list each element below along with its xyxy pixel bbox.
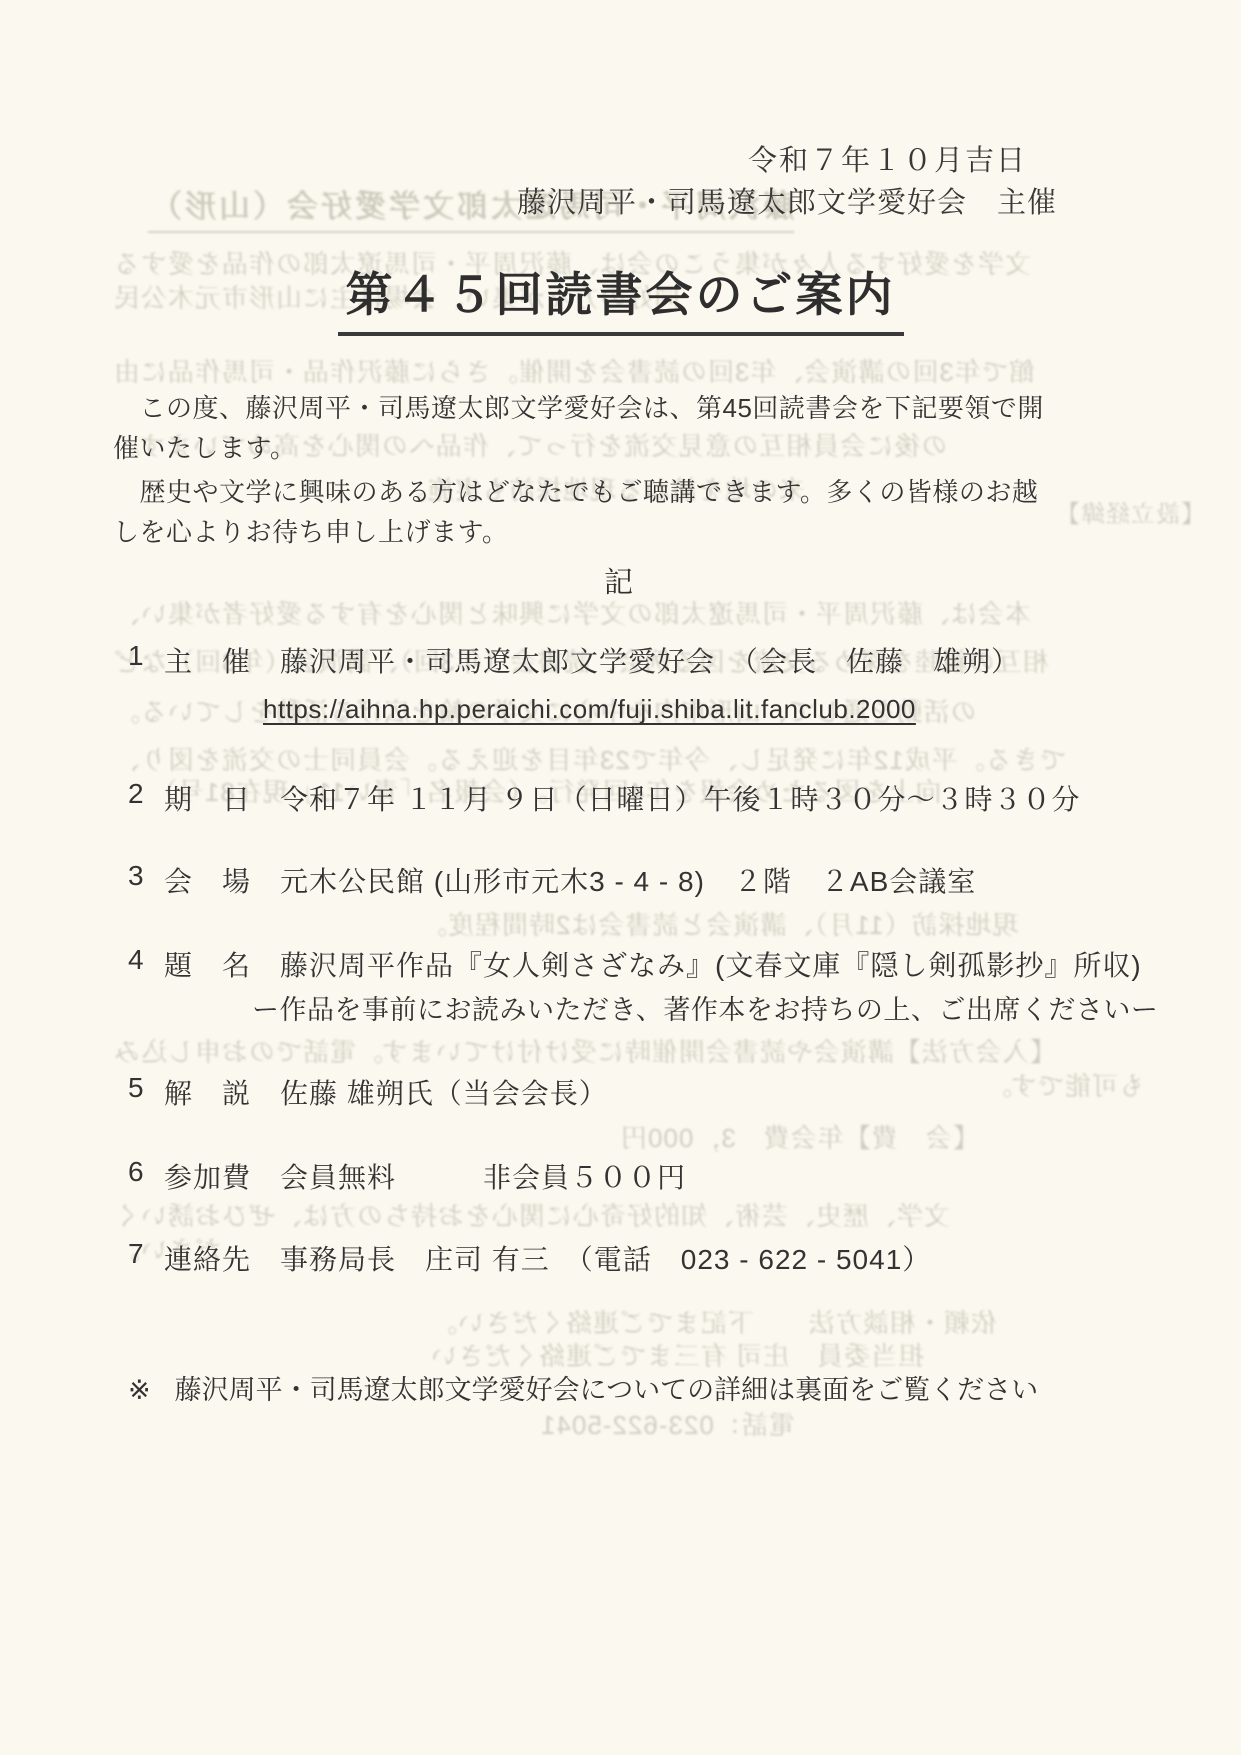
issue-date: 令和７年１０月吉日 (748, 138, 1027, 179)
footnote: ※藤沢周平・司馬遼太郎文学愛好会についての詳細は裏面をご覧ください (128, 1368, 1038, 1407)
document-title: 第４５回読書会のご案内 (0, 258, 1241, 336)
organizer-line: 藤沢周平・司馬遼太郎文学愛好会 主催 (517, 180, 1057, 221)
footnote-text: 藤沢周平・司馬遼太郎文学愛好会についての詳細は裏面をご覧ください (175, 1375, 1038, 1405)
bleed-through-text: 【設立経緯】 (1055, 494, 1205, 529)
item-number: 1 (128, 640, 164, 680)
intro-paragraph-1: この度、藤沢周平・司馬遼太郎文学愛好会は、第45回読書会を下記要領で開催いたしま… (113, 388, 1048, 468)
item-commentary: 5 解 説 佐藤 雄朔氏（当会会長） (128, 1072, 608, 1112)
bleed-through-text: 【入会方法】講演会や読書会開催時に受け付けています。電話でのお申し込み (113, 1032, 1056, 1069)
bleed-through-text: 電話：023-622-5041 (540, 1405, 795, 1442)
item-label: 会 場 (164, 860, 280, 900)
item-body: 佐藤 雄朔氏（当会会長） (280, 1072, 608, 1112)
item-contact: 7 連絡先 事務局長 庄司 有三 （電話 023 - 622 - 5041） (128, 1238, 931, 1278)
item-body: 藤沢周平・司馬遼太郎文学愛好会 （会長 佐藤 雄朔） (280, 640, 1020, 680)
item-number: 6 (128, 1156, 164, 1196)
item-number: 2 (128, 778, 164, 818)
bleed-through-text: 現地採訪（11月）、講演会と読書会は2時間程度。 (420, 905, 1018, 942)
club-url: https://aihna.hp.peraichi.com/fuji.shiba… (263, 694, 916, 725)
item-subject-note: ー作品を事前にお読みいただき、著作本をお持ちの上、ご出席くださいー (252, 988, 1158, 1027)
item-subject: 4 題 名 藤沢周平作品『女人剣さざなみ』(文春文庫『隠し剣孤影抄』所収) (128, 944, 1142, 984)
item-fee: 6 参加費 会員無料 非会員５００円 (128, 1156, 686, 1196)
item-date: 2 期 日 令和７年 １１月 ９日（日曜日）午後１時３０分～３時３０分 (128, 778, 1081, 818)
item-body: 藤沢周平作品『女人剣さざなみ』(文春文庫『隠し剣孤影抄』所収) (280, 944, 1142, 984)
document-title-text: 第４５回読書会のご案内 (338, 258, 904, 336)
bleed-through-text: 文学、歴史、芸術、知的好奇心に関心をお持ちの方は、ぜひお誘いく (113, 1196, 950, 1233)
item-label: 題 名 (164, 944, 280, 984)
item-number: 4 (128, 944, 164, 984)
item-organizer: 1 主 催 藤沢周平・司馬遼太郎文学愛好会 （会長 佐藤 雄朔） (128, 640, 1020, 680)
item-number: 5 (128, 1072, 164, 1112)
item-body: 事務局長 庄司 有三 （電話 023 - 622 - 5041） (280, 1238, 931, 1278)
item-label: 主 催 (164, 640, 280, 680)
item-label: 連絡先 (164, 1238, 280, 1278)
item-label: 解 説 (164, 1072, 280, 1112)
item-body: 元木公民館 (山形市元木3 - 4 - 8) ２階 ２AB会議室 (280, 860, 976, 900)
footnote-mark: ※ (128, 1375, 151, 1405)
bleed-through-text: 依頼・相談方法 下記までご連絡ください。 (430, 1303, 997, 1340)
item-label: 期 日 (164, 778, 280, 818)
scanned-document-page: 藤沢周平・司馬遼太郎文学愛好会（山形） 文学を愛好する人々が集うこの会は、藤沢周… (0, 0, 1241, 1755)
item-label: 参加費 (164, 1156, 280, 1196)
item-body: 令和７年 １１月 ９日（日曜日）午後１時３０分～３時３０分 (280, 778, 1081, 818)
record-marker: 記 (0, 560, 1241, 601)
item-number: 3 (128, 860, 164, 900)
item-number: 7 (128, 1238, 164, 1278)
item-body: 会員無料 非会員５００円 (280, 1156, 686, 1196)
bleed-through-text: 館で年3回の講演会、年3回の読書会を開催。さらに藤沢作品・司馬作品に由 (113, 352, 1035, 389)
bleed-through-text: 【会 費】年会費 3，000円 (620, 1118, 979, 1155)
item-venue: 3 会 場 元木公民館 (山形市元木3 - 4 - 8) ２階 ２AB会議室 (128, 860, 976, 900)
intro-paragraph-2: 歴史や文学に興味のある方はどなたでもご聴講できます。多くの皆様のお越しを心よりお… (113, 472, 1048, 552)
bleed-through-text: も可能です。 (985, 1066, 1145, 1103)
